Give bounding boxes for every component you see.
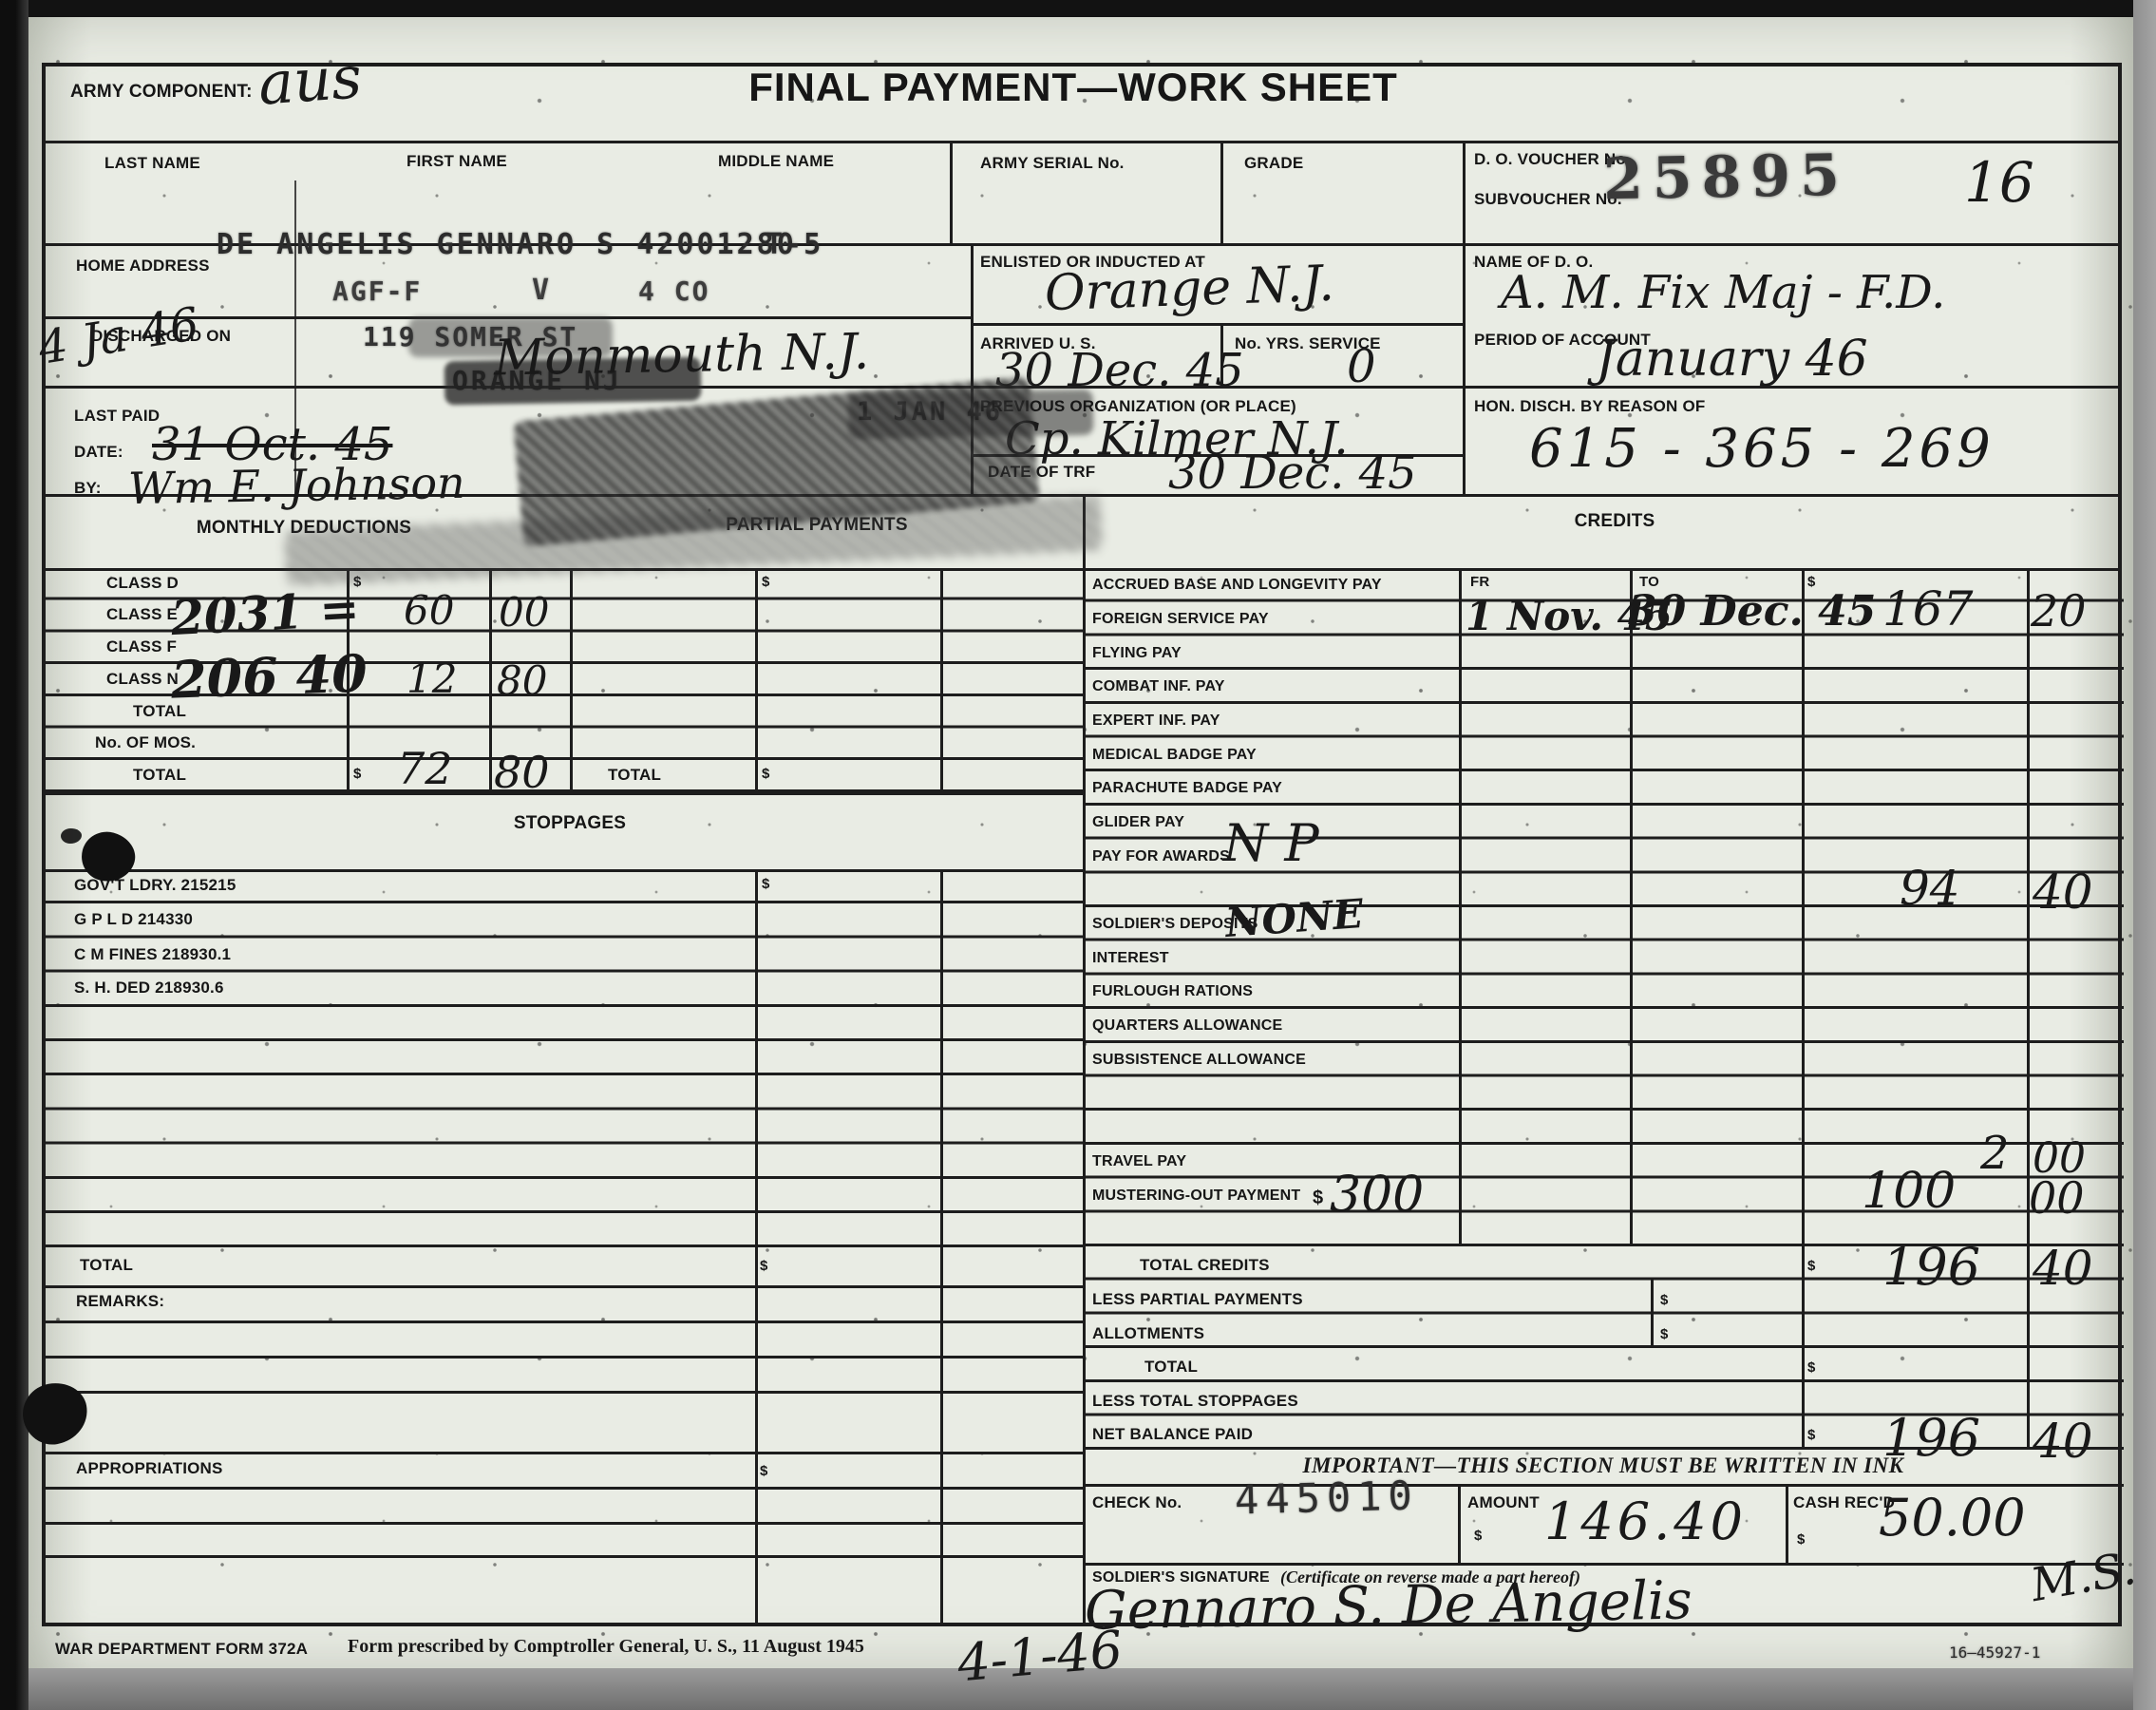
travel-pay-dollars: 2 bbox=[1980, 1127, 2010, 1180]
credit-row-label: FURLOUGH RATIONS bbox=[1092, 983, 1253, 1000]
rule bbox=[755, 568, 758, 792]
credit-row-label: PAY FOR AWARDS bbox=[1092, 848, 1230, 865]
credit-row-label: FOREIGN SERVICE PAY bbox=[1092, 611, 1269, 628]
less-partial-label: LESS PARTIAL PAYMENTS bbox=[1092, 1290, 1303, 1309]
scanned-final-payment-worksheet: ARMY COMPONENT: aus FINAL PAYMENT—WORK S… bbox=[0, 0, 2156, 1710]
credit-row-label: MEDICAL BADGE PAY bbox=[1092, 747, 1257, 764]
credits-fr-header: FR bbox=[1470, 574, 1489, 590]
rule bbox=[755, 869, 758, 1247]
rule bbox=[1458, 1484, 1461, 1563]
deduction-note: 2031 = bbox=[170, 580, 361, 646]
rule bbox=[1630, 568, 1633, 1246]
soldier-signature: Gennaro S. De Angelis bbox=[1084, 1569, 1693, 1642]
deduction-dollars: 12 bbox=[407, 655, 457, 702]
deduction-row-label: CLASS E bbox=[106, 605, 178, 624]
summary-total-label: TOTAL bbox=[1144, 1358, 1198, 1377]
deduction-cents: 80 bbox=[497, 657, 547, 704]
form-prescribed-note: Form prescribed by Comptroller General, … bbox=[348, 1636, 864, 1658]
dollar-sign: $ bbox=[1313, 1187, 1323, 1209]
first-name-label: FIRST NAME bbox=[407, 152, 507, 171]
last-name-label: LAST NAME bbox=[104, 154, 200, 173]
dollar-sign: $ bbox=[760, 1463, 767, 1479]
rule bbox=[2027, 568, 2030, 1450]
rule bbox=[1463, 141, 1466, 494]
period-of-account-value: January 46 bbox=[1596, 331, 1868, 388]
dollar-sign: $ bbox=[1807, 1427, 1815, 1443]
date-label: DATE: bbox=[74, 443, 123, 462]
rule bbox=[570, 568, 573, 792]
appropriations-label: APPROPRIATIONS bbox=[76, 1459, 223, 1478]
hon-disch-label: HON. DISCH. BY REASON OF bbox=[1474, 397, 1705, 416]
soldier-name-stamp: DE ANGELIS GENNARO S 42001280 bbox=[217, 228, 797, 261]
less-stoppages-label: LESS TOTAL STOPPAGES bbox=[1092, 1392, 1298, 1411]
dollar-sign: $ bbox=[1474, 1528, 1482, 1544]
amount-label: AMOUNT bbox=[1467, 1493, 1540, 1512]
credit-row-label: INTEREST bbox=[1092, 950, 1169, 967]
rule bbox=[1459, 568, 1462, 1246]
rule bbox=[46, 1555, 1083, 1558]
subvoucher-number: 16 bbox=[1964, 150, 2034, 215]
mustering-dollars: 100 bbox=[1862, 1163, 1956, 1220]
rule bbox=[46, 1320, 1083, 1323]
unit-stamp-agf: AGF-F bbox=[332, 275, 422, 307]
army-component-label: ARMY COMPONENT: bbox=[70, 82, 253, 103]
rule bbox=[1651, 1280, 1654, 1348]
rule bbox=[1083, 1563, 2124, 1566]
partial-total-label: TOTAL bbox=[608, 766, 661, 785]
mustering-cents: 00 bbox=[2029, 1172, 2085, 1224]
dollar-sign: $ bbox=[353, 766, 361, 782]
dollar-sign: $ bbox=[1797, 1531, 1805, 1548]
credit-row-label: PARACHUTE BADGE PAY bbox=[1092, 780, 1282, 797]
yrs-service-value: 0 bbox=[1347, 340, 1376, 393]
rule bbox=[46, 1522, 1083, 1525]
awards-dollars: 94 bbox=[1900, 861, 1960, 916]
awards-cents: 40 bbox=[2033, 864, 2093, 920]
rule bbox=[940, 869, 943, 1247]
deduction-cents: 00 bbox=[499, 589, 549, 636]
section-stoppages: STOPPAGES bbox=[437, 813, 703, 834]
rule bbox=[46, 792, 1083, 795]
foreign-service-dollars: 167 bbox=[1882, 581, 1973, 636]
deduction-row-label: TOTAL bbox=[133, 766, 186, 785]
credit-row-label: COMBAT INF. PAY bbox=[1092, 678, 1225, 695]
foreign-service-to: 30 Dec. 45 bbox=[1628, 587, 1876, 636]
credit-row-label: TRAVEL PAY bbox=[1092, 1153, 1186, 1170]
rule bbox=[46, 1285, 1083, 1288]
rule bbox=[950, 141, 953, 243]
awards-note: N P bbox=[1223, 813, 1319, 873]
name-of-do-value: A. M. Fix Maj - F.D. bbox=[1501, 266, 1945, 319]
rule bbox=[489, 568, 492, 792]
deposits-value: NONE bbox=[1223, 890, 1364, 946]
deduction-row-label: CLASS D bbox=[106, 574, 179, 593]
unit-stamp-co: 4 CO bbox=[638, 275, 709, 307]
rule bbox=[971, 323, 1463, 326]
stoppage-row: G P L D 214330 bbox=[74, 910, 193, 929]
important-note: IMPORTANT—THIS SECTION MUST BE WRITTEN I… bbox=[1083, 1453, 2124, 1478]
left-total-label: TOTAL bbox=[80, 1256, 133, 1275]
scan-edge-top bbox=[0, 0, 2156, 17]
army-component-value: aus bbox=[256, 42, 365, 118]
rule bbox=[940, 1247, 943, 1626]
mustering-note: 300 bbox=[1330, 1167, 1424, 1224]
credit-row-label: MUSTERING-OUT PAYMENT bbox=[1092, 1187, 1300, 1205]
check-no-label: CHECK No. bbox=[1092, 1493, 1182, 1512]
dollar-sign: $ bbox=[760, 1258, 767, 1274]
amount-value: 146.40 bbox=[1544, 1491, 1747, 1551]
rule bbox=[46, 1391, 1083, 1394]
deduction-row-label: CLASS N bbox=[106, 670, 179, 689]
credit-row-label: GLIDER PAY bbox=[1092, 814, 1184, 831]
dollar-sign: $ bbox=[1807, 1359, 1815, 1376]
enlisted-at-value: Orange N.J. bbox=[1044, 256, 1335, 323]
form-id: WAR DEPARTMENT FORM 372A bbox=[55, 1640, 308, 1659]
deduction-row-label: CLASS F bbox=[106, 637, 177, 656]
dollar-sign: $ bbox=[1660, 1326, 1668, 1342]
deduction-note: 206 40 bbox=[170, 642, 369, 710]
rule bbox=[1786, 1484, 1788, 1563]
credit-row-label: SUBSISTENCE ALLOWANCE bbox=[1092, 1052, 1306, 1069]
remarks-label: REMARKS: bbox=[76, 1292, 164, 1311]
rule bbox=[46, 1356, 1083, 1358]
paid-by-label: BY: bbox=[74, 479, 102, 498]
foreign-service-cents: 20 bbox=[2031, 585, 2087, 636]
rule bbox=[1220, 141, 1223, 243]
unit-stamp-v: V bbox=[532, 274, 549, 307]
section-credits: CREDITS bbox=[1482, 511, 1748, 532]
total-credits-label: TOTAL CREDITS bbox=[1140, 1256, 1270, 1275]
rule bbox=[46, 1487, 1083, 1490]
deduction-row-label: No. OF MOS. bbox=[95, 733, 196, 752]
middle-name-label: MIDDLE NAME bbox=[718, 152, 834, 171]
ruled-rows-credits bbox=[1086, 568, 2124, 1451]
total-credits-dollars: 196 bbox=[1882, 1237, 1980, 1297]
serial-label: ARMY SERIAL No. bbox=[980, 154, 1125, 173]
page-title: FINAL PAYMENT—WORK SHEET bbox=[608, 65, 1539, 110]
last-paid-label: LAST PAID bbox=[74, 407, 160, 426]
deduction-row-label: TOTAL bbox=[133, 702, 186, 721]
print-code: 16—45927-1 bbox=[1949, 1643, 2040, 1662]
soldier-grade-stamp: T-5 bbox=[766, 228, 823, 261]
rule bbox=[1802, 568, 1805, 1450]
paid-by-value: Wm E. Johnson bbox=[128, 457, 466, 514]
dollar-sign: $ bbox=[1807, 1258, 1815, 1274]
arrived-us-value: 30 Dec. 45 bbox=[995, 344, 1244, 397]
check-no-value: 445010 bbox=[1234, 1472, 1419, 1523]
rule bbox=[46, 1452, 1083, 1454]
deduction-total-dollars: 72 bbox=[397, 743, 453, 794]
dollar-sign: $ bbox=[762, 876, 769, 892]
voucher-number-stamp: 25895 bbox=[1602, 142, 1849, 214]
cash-recd-value: 50.00 bbox=[1879, 1488, 2026, 1548]
rule bbox=[940, 568, 943, 792]
stoppage-row: C M FINES 218930.1 bbox=[74, 945, 231, 964]
hon-disch-value: 615 - 365 - 269 bbox=[1529, 418, 1995, 480]
scan-edge-left bbox=[0, 0, 28, 1710]
allotments-label: ALLOTMENTS bbox=[1092, 1324, 1204, 1343]
deduction-dollars: 60 bbox=[404, 587, 454, 634]
dollar-sign: $ bbox=[762, 766, 769, 782]
deduction-total-cents: 80 bbox=[494, 747, 550, 798]
credit-row-label: EXPERT INF. PAY bbox=[1092, 712, 1220, 730]
scan-edge-right bbox=[2133, 0, 2156, 1710]
stoppage-row: S. H. DED 218930.6 bbox=[74, 978, 224, 997]
credit-row-label: QUARTERS ALLOWANCE bbox=[1092, 1017, 1282, 1035]
dollar-sign: $ bbox=[1660, 1292, 1668, 1308]
ruled-rows-stoppages bbox=[46, 869, 1083, 1248]
credit-row-label: FLYING PAY bbox=[1092, 645, 1182, 662]
total-credits-cents: 40 bbox=[2033, 1241, 2093, 1296]
grade-label: GRADE bbox=[1244, 154, 1303, 173]
dollar-sign: $ bbox=[762, 574, 769, 590]
net-balance-label: NET BALANCE PAID bbox=[1092, 1425, 1253, 1444]
subvoucher-label: SUBVOUCHER No. bbox=[1474, 190, 1622, 209]
rule bbox=[755, 1247, 758, 1626]
credit-row-label: ACCRUED BASE AND LONGEVITY PAY bbox=[1092, 577, 1382, 594]
station-script: Monmouth N.J. bbox=[494, 324, 870, 388]
date-of-trf-value: 30 Dec. 45 bbox=[1168, 446, 1417, 500]
home-address-label: HOME ADDRESS bbox=[76, 256, 210, 275]
